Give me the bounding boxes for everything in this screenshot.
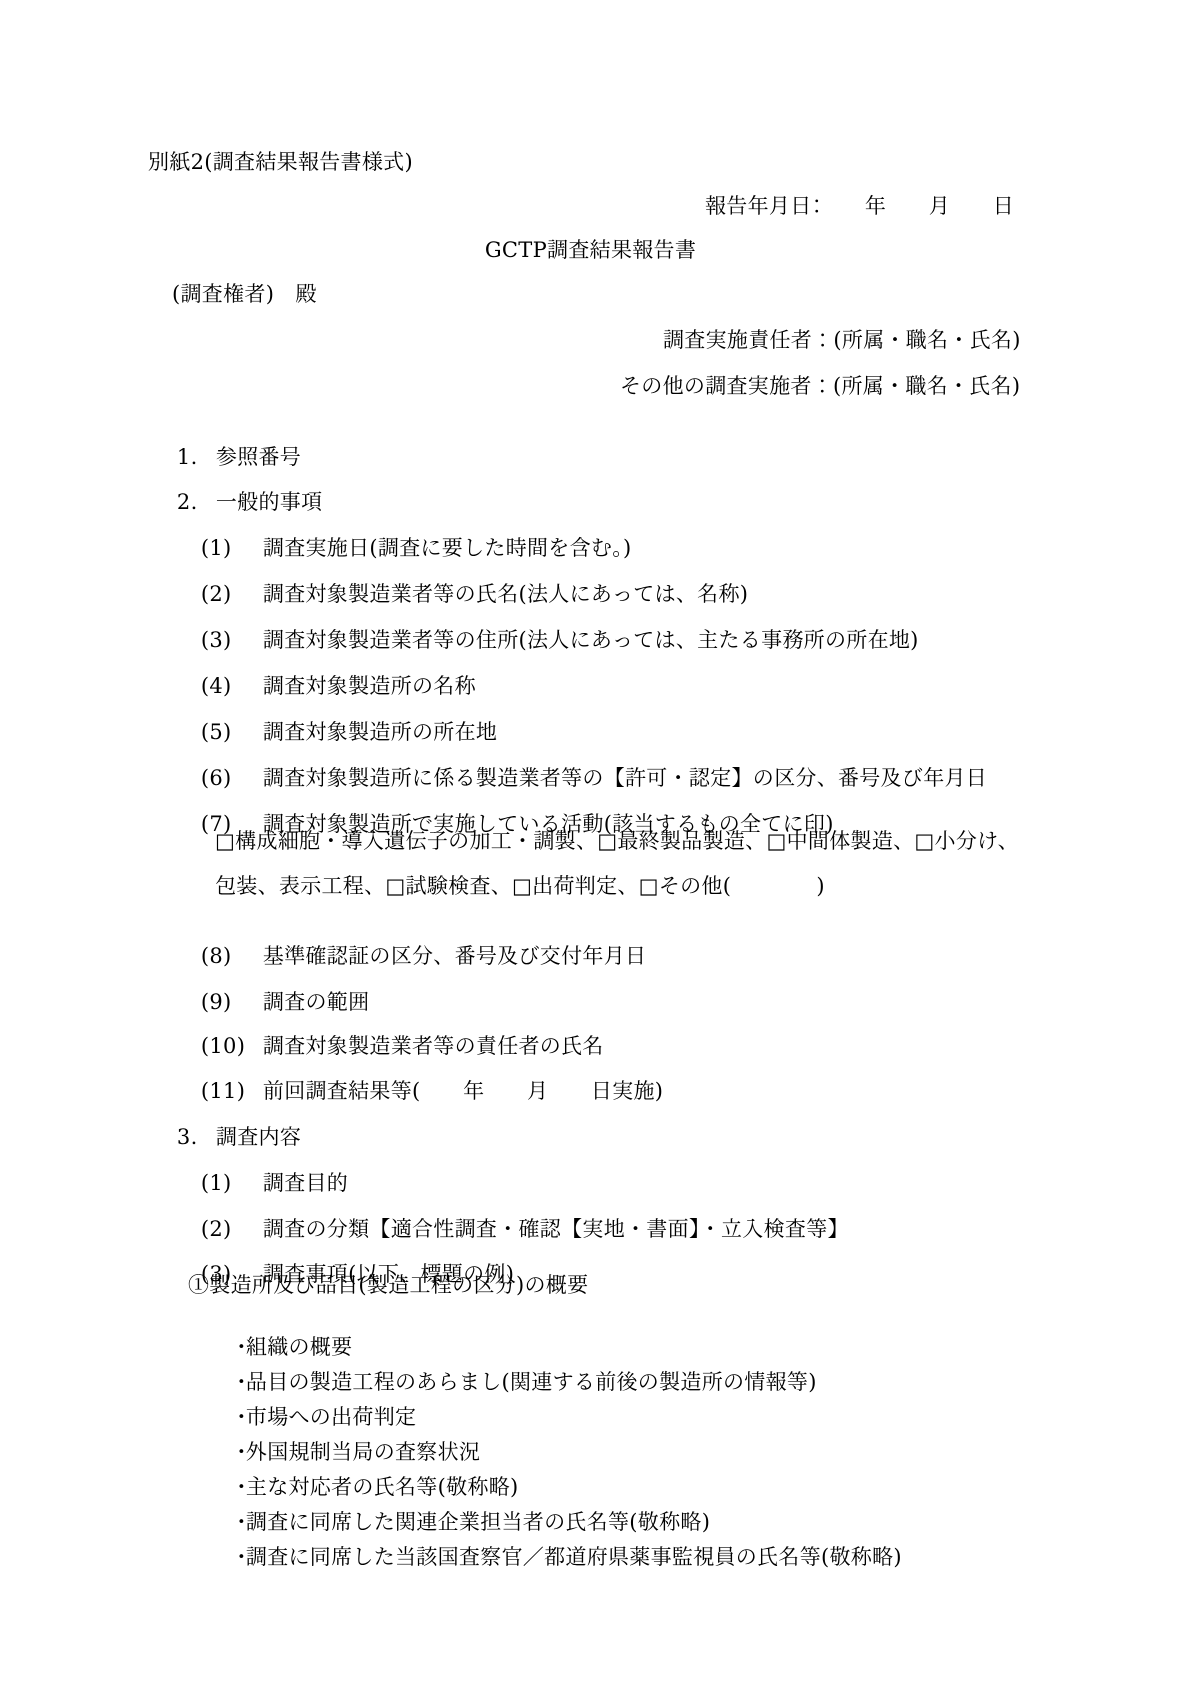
document-page: 別紙2(調査結果報告書様式) 報告年月日： 年 月 日 GCTP調査結果報告書 … bbox=[0, 0, 1181, 1695]
bullet-item-7: ・調査に同席した当該国査察官／都道府県薬事監視員の氏名等(敬称略) bbox=[203, 1518, 902, 1596]
activities-checkbox-line-2: 包装、表示工程、□試験検査、□出荷判定、□その他( ) bbox=[215, 873, 825, 899]
document-title: GCTP調査結果報告書 bbox=[0, 237, 1181, 263]
lead-inspector-line: 調査実施責任者：(所属・職名・氏名) bbox=[663, 327, 1021, 353]
activities-checkbox-line-1: □構成細胞・導入遺伝子の加工・調製、□最終製品製造、□中間体製造、□小分け、 bbox=[215, 828, 1019, 854]
subitem-heading: ①製造所及び品目(製造工程の区分)の概要 bbox=[188, 1272, 588, 1298]
addressee-line: (調査権者) 殿 bbox=[172, 281, 317, 307]
item-text: 前回調査結果等( 年 月 日実施) bbox=[263, 1079, 663, 1103]
bullet-text: 調査に同席した当該国査察官／都道府県薬事監視員の氏名等(敬称略) bbox=[246, 1545, 902, 1569]
other-inspector-line: その他の調査実施者：(所属・職名・氏名) bbox=[620, 373, 1020, 399]
bullet-icon: ・ bbox=[231, 1544, 246, 1570]
sheet-label: 別紙2(調査結果報告書様式) bbox=[148, 149, 413, 175]
report-date-line: 報告年月日： 年 月 日 bbox=[705, 193, 1014, 219]
